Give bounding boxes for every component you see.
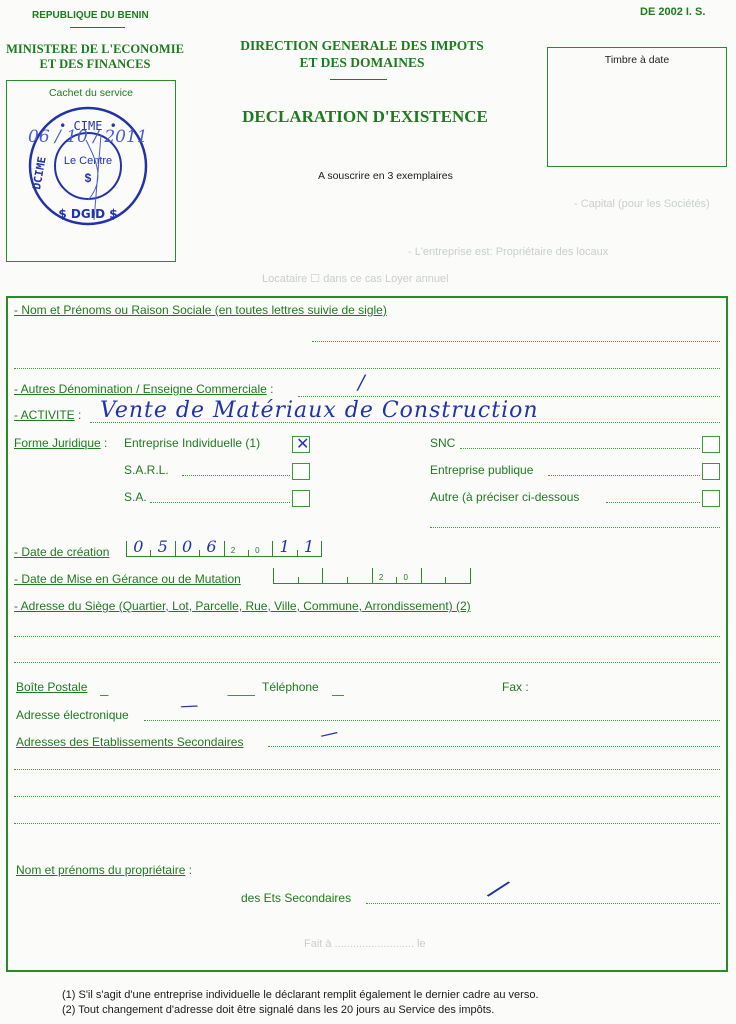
- checkbox-sarl[interactable]: [292, 463, 310, 480]
- autres-label-text: - Autres Dénomination / Enseigne Commerc…: [14, 382, 267, 396]
- fax-label-text: Fax: [502, 680, 522, 694]
- date-digit: 6: [206, 537, 216, 556]
- date-separator: [248, 550, 249, 557]
- timbre-box: Timbre à date: [547, 47, 727, 167]
- checkbox-snc[interactable]: [702, 436, 720, 453]
- checkbox-sa[interactable]: [292, 490, 310, 507]
- adresse-siege-label: - Adresse du Siège (Quartier, Lot, Parce…: [14, 599, 471, 613]
- activite-input[interactable]: Vente de Matériaux de Construction: [100, 398, 539, 423]
- svg-text:Le Centre: Le Centre: [64, 155, 112, 167]
- page-title: DECLARATION D'EXISTENCE: [222, 107, 508, 127]
- option-autre[interactable]: Autre (à préciser ci-dessous: [430, 490, 722, 508]
- footnote-1: (1) S'il s'agit d'une entreprise individ…: [62, 989, 539, 1001]
- boite-postale-label: Boîte Postale: [16, 680, 87, 694]
- proprietaire-label-text: Nom et prénoms du propriétaire: [16, 863, 185, 877]
- date-separator: [224, 541, 225, 557]
- form-code: DE 2002 I. S.: [640, 6, 705, 18]
- republic-underline: [70, 27, 125, 28]
- nom-line-2: [14, 368, 720, 369]
- direction-line2: ET DES DOMAINES: [222, 55, 502, 71]
- date-digit: 5: [158, 537, 168, 556]
- svg-text:$ DGID $: $ DGID $: [58, 207, 117, 221]
- option-sa[interactable]: S.A.: [124, 490, 314, 508]
- date-separator: [126, 541, 127, 557]
- option-label: SNC: [430, 436, 455, 450]
- autres-label: - Autres Dénomination / Enseigne Commerc…: [14, 382, 273, 396]
- date-separator: [199, 550, 200, 557]
- date-separator: [272, 541, 273, 557]
- date-digit: 0: [182, 537, 192, 556]
- nom-input[interactable]: [14, 322, 720, 366]
- option-label: S.A.: [124, 490, 147, 504]
- adresse-siege-input[interactable]: [14, 616, 720, 664]
- svg-text:DCIME: DCIME: [30, 156, 49, 191]
- boite-postale-input[interactable]: [100, 680, 255, 696]
- date-separator: [396, 577, 397, 584]
- option-snc[interactable]: SNC: [430, 436, 722, 454]
- date-separator: [372, 568, 373, 584]
- footnote-2: (2) Tout changement d'adresse doit être …: [62, 1004, 494, 1016]
- nom-label: - Nom et Prénoms ou Raison Sociale (en t…: [14, 303, 387, 317]
- ministry-line1: MINISTERE DE L'ECONOMIE: [6, 42, 184, 57]
- direction-underline: [330, 79, 387, 80]
- timbre-label: Timbre à date: [548, 54, 726, 66]
- telephone-label: Téléphone: [262, 680, 319, 694]
- date-creation-label: - Date de création: [14, 545, 109, 559]
- date-separator: [347, 577, 348, 584]
- option-label: Autre (à préciser ci-dessous: [430, 490, 579, 504]
- checkbox-entreprise-individuelle[interactable]: ✕: [292, 436, 310, 453]
- date-separator: [421, 568, 422, 584]
- checkbox-entreprise-publique[interactable]: [702, 463, 720, 480]
- date-mutation-field[interactable]: 20: [273, 568, 470, 584]
- date-digit: 0: [133, 537, 143, 556]
- date-digit: 0: [403, 573, 407, 582]
- etablissements-secondaires-label: Adresses des Etablissements Secondaires: [16, 735, 243, 749]
- activite-label: - ACTIVITE :: [14, 408, 81, 422]
- date-separator: [297, 550, 298, 557]
- fax-input[interactable]: [538, 680, 718, 696]
- cachet-label: Cachet du service: [7, 87, 175, 99]
- date-digit: 0: [255, 546, 259, 555]
- service-stamp-icon: • CIME • $ DGID $ DCIME Le Centre $ 06 /…: [26, 100, 156, 230]
- proprietaire-input[interactable]: [222, 860, 720, 878]
- fax-label: Fax :: [502, 680, 529, 694]
- autres-input[interactable]: /: [358, 370, 365, 394]
- date-separator: [273, 568, 274, 584]
- activite-label-text: - ACTIVITE: [14, 408, 75, 422]
- forme-juridique-label: Forme Juridique :: [14, 436, 107, 450]
- date-creation-field[interactable]: 05062011: [126, 541, 321, 557]
- checkbox-autre[interactable]: [702, 490, 720, 507]
- date-separator: [298, 577, 299, 584]
- option-label: S.A.R.L.: [124, 463, 169, 477]
- option-label: Entreprise publique: [430, 463, 533, 477]
- check-mark-icon: ✕: [296, 434, 309, 454]
- date-separator: [470, 568, 471, 584]
- date-digit: 1: [304, 537, 314, 556]
- date-separator: [445, 577, 446, 584]
- date-mutation-label: - Date de Mise en Gérance ou de Mutation: [14, 572, 241, 586]
- svg-text:$: $: [85, 171, 92, 185]
- option-entreprise-publique[interactable]: Entreprise publique: [430, 463, 722, 481]
- date-digit: 2: [379, 573, 383, 582]
- date-separator: [322, 568, 323, 584]
- ets-secondaires-label: des Ets Secondaires: [241, 891, 351, 905]
- date-digit: 1: [279, 537, 289, 556]
- forme-juridique-label-text: Forme Juridique: [14, 436, 101, 450]
- date-separator: [321, 541, 322, 557]
- date-separator: [175, 541, 176, 557]
- telephone-input[interactable]: [332, 680, 492, 696]
- option-sarl[interactable]: S.A.R.L.: [124, 463, 314, 481]
- option-entreprise-individuelle[interactable]: Entreprise Individuelle (1) ✕: [124, 436, 314, 454]
- ministry-line2: ET DES FINANCES: [6, 57, 184, 72]
- autre-precision-line: [430, 527, 720, 528]
- date-separator: [150, 550, 151, 557]
- proprietaire-label: Nom et prénoms du propriétaire :: [16, 863, 192, 877]
- option-label: Entreprise Individuelle (1): [124, 436, 260, 450]
- copies-note: A souscrire en 3 exemplaires: [318, 170, 453, 182]
- email-label: Adresse électronique: [16, 708, 129, 722]
- direction-line1: DIRECTION GENERALE DES IMPOTS: [222, 38, 502, 54]
- date-digit: 2: [231, 546, 235, 555]
- republic-label: REPUBLIQUE DU BENIN: [32, 10, 149, 21]
